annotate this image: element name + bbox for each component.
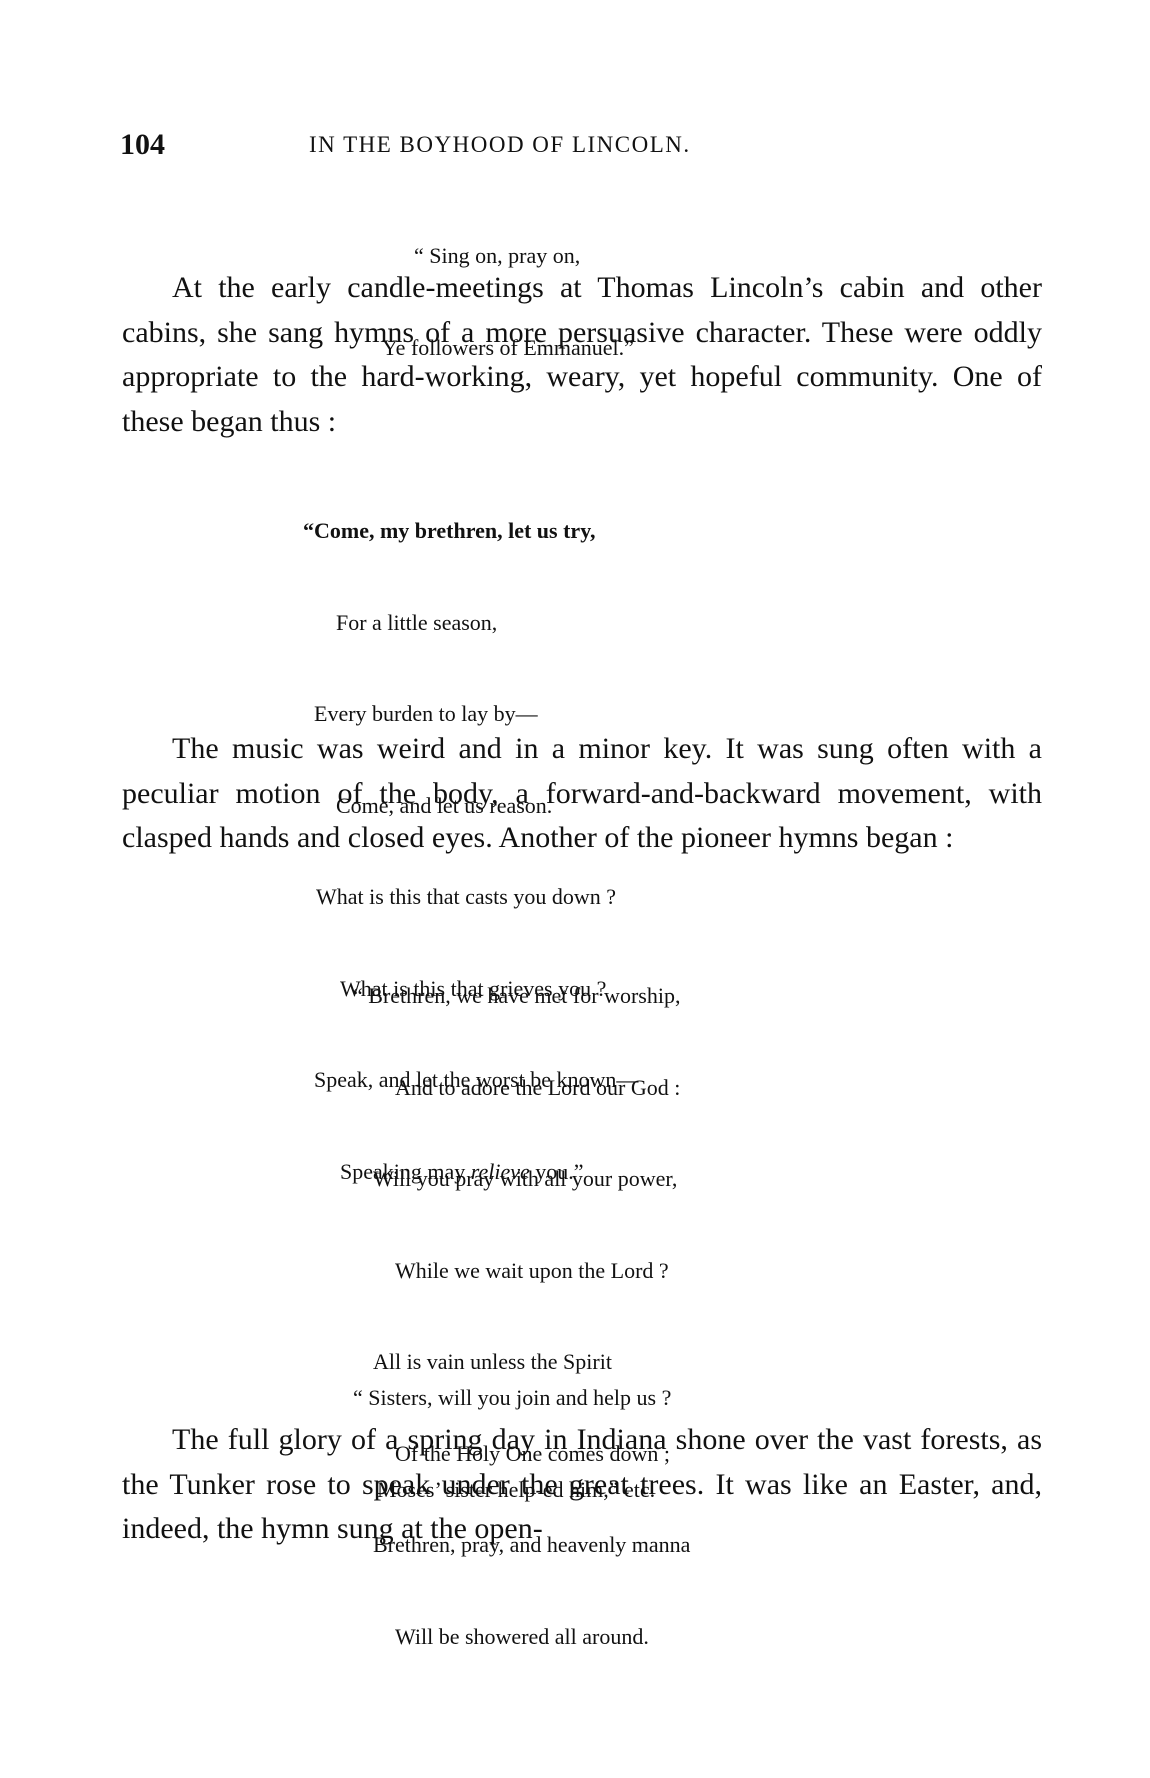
hymn-2: “ Brethren, we have met for worship, And… (353, 920, 690, 1683)
verse-line: And to adore the Lord our God : (353, 1073, 690, 1104)
verse-line: “Come, my brethren, let us try, (303, 516, 638, 547)
paragraph-2: The music was weird and in a minor key. … (122, 727, 1042, 861)
verse-line: While we wait upon the Lord ? (353, 1256, 690, 1287)
verse-line: “ Brethren, we have met for worship, (353, 981, 690, 1012)
verse-line: Every burden to lay by— (303, 699, 638, 730)
page-number: 104 (120, 128, 165, 162)
verse-line: Will be showered all around. (353, 1622, 690, 1653)
running-head: IN THE BOYHOOD OF LINCOLN. (309, 132, 691, 158)
verse-line: What is this that casts you down ? (303, 882, 638, 913)
verse-line: For a little season, (303, 608, 638, 639)
page-header: 104 IN THE BOYHOOD OF LINCOLN. (120, 128, 1040, 168)
verse-line: “ Sisters, will you join and help us ? (353, 1383, 671, 1414)
verse-line: Will you pray with all your power, (353, 1164, 690, 1195)
paragraph-1: At the early candle-meetings at Thomas L… (122, 266, 1042, 444)
paragraph-3: The full glory of a spring day in Indian… (122, 1418, 1042, 1552)
